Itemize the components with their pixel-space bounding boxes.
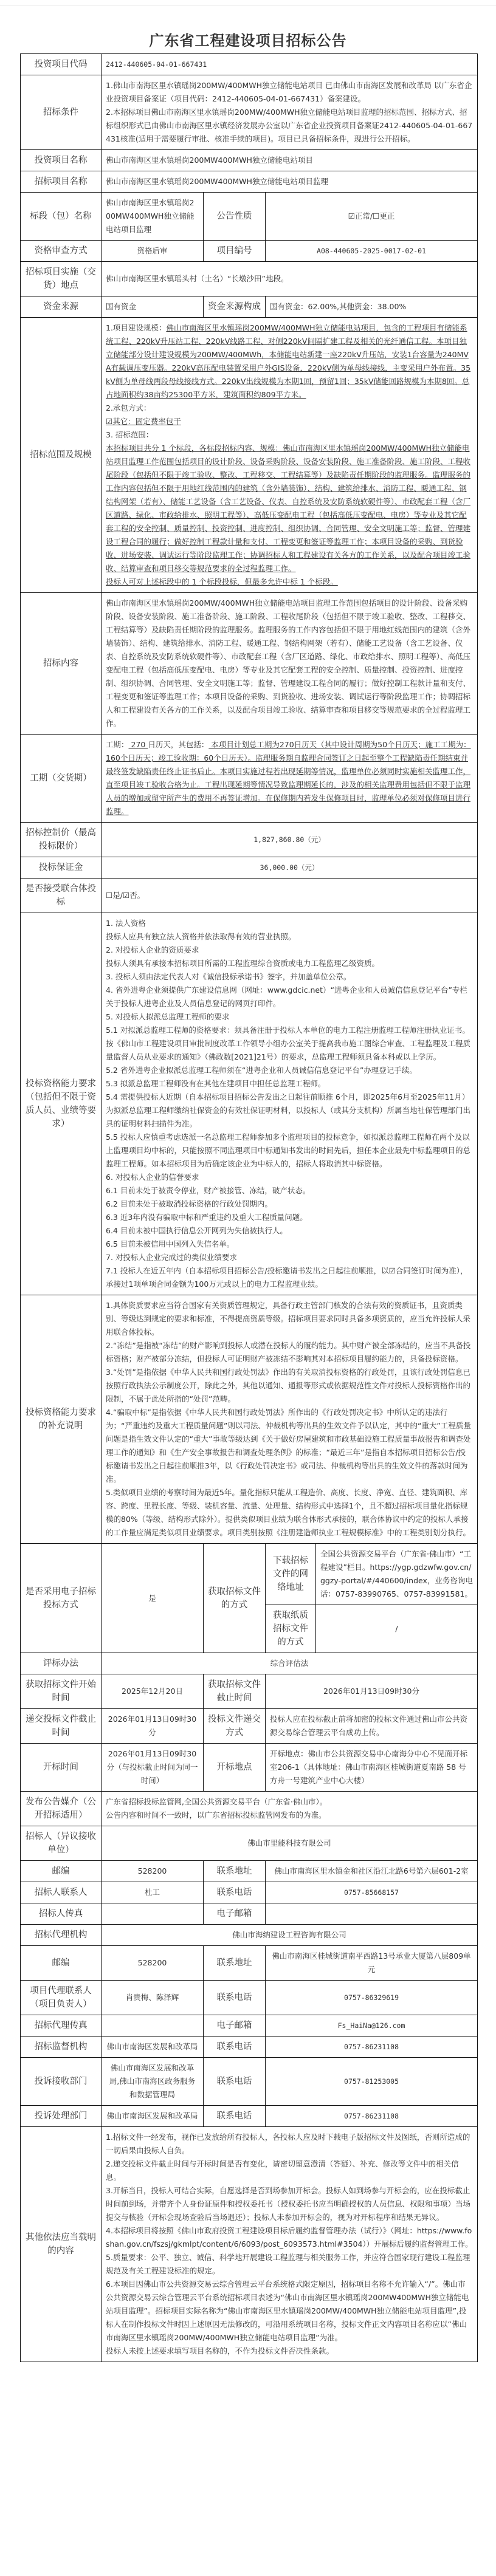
label-tenderer-phone: 联系电话 — [204, 1882, 266, 1903]
row-other: 其他依法应当载明的内容 1.招标文件一经发布，视作已发放给所有投标人，各投标人应… — [21, 2127, 478, 2362]
label-tenderer-address: 联系地址 — [204, 1861, 266, 1882]
range-label: 3. 招标范围： — [106, 428, 473, 442]
label-review: 资格审查方式 — [21, 241, 102, 262]
agency-address: 佛山市南海区桂城街道南平西路13号承业大厦第八层809单元 — [266, 1946, 478, 1981]
paper-method: / — [316, 1605, 478, 1653]
notice-nature: ☑正常/☐更正 — [266, 193, 478, 241]
label-agency-phone: 联系电话 — [204, 1981, 266, 2015]
media-line: 广东省招标投标监管网,全国公共资源交易平台（广东省·佛山市）。 — [106, 1795, 473, 1809]
label-submit-deadline: 递交投标文件截止时间 — [21, 1709, 102, 1744]
label-investment-code: 投资项目代码 — [21, 54, 102, 75]
row-complaint-handle: 投诉处理部门 佛山市南海区发展和改革局 联系电话 0757-86231108 — [21, 2106, 478, 2127]
label-section: 标段（包）名称 — [21, 193, 102, 241]
supplement-line: 2.“冻结”是指被“冻结”的财产影响到投标人或潜在投标人的履约能力。其中财产被全… — [106, 1339, 473, 1366]
row-obtain-time: 获取招标文件开始时间 2025年12月20日 获取招标文件截止时间 2026年0… — [21, 1674, 478, 1709]
label-tender-name: 招标项目名称 — [21, 171, 102, 193]
label-opening-place: 开标地点 — [204, 1744, 266, 1792]
row-invest-name: 投资项目名称 佛山市南海区里水镇瑶岗200MW400MWH独立储能电站项目 — [21, 150, 478, 171]
qual-line: 6. 对投标人企业的信誉要求 — [106, 1171, 473, 1184]
project-no: A08-440605-2025-0017-02-01 — [266, 241, 478, 262]
row-tenderer: 招标人（异议接收单位） 佛山市里能科技有限公司 — [21, 1826, 478, 1861]
row-funding: 资金来源 国有资金 资金来源构成 国有资金：62.00%,其他资金：38.00% — [21, 296, 478, 318]
qual-line: 投标人须具有承接本招标项目所需的工程监理综合资质或电力工程监理乙级资质。 — [106, 957, 473, 970]
row-media: 发布公告媒介（公开招标适用） 广东省招标投标监管网,全国公共资源交易平台（广东省… — [21, 1792, 478, 1826]
row-review: 资格审查方式 资格后审 项目编号 A08-440605-2025-0017-02… — [21, 241, 478, 262]
ceiling-price: 1,827,860.80（元） — [102, 823, 478, 857]
review-method: 资格后审 — [102, 241, 204, 262]
section-name: 佛山市南海区里水镇瑶岗200MW400MWH独立储能电站项目监理 — [102, 193, 204, 241]
row-tenderer-contact: 招标人联系人 杜工 联系电话 0757-85668157 — [21, 1882, 478, 1903]
investment-code: 2412-440605-04-01-667431 — [102, 54, 478, 75]
tenderer-address: 佛山市南海区里水镇金和社区沿江北路6号第六层601-2室 — [266, 1861, 478, 1882]
row-content: 招标内容 佛山市南海区里水镇瑶岗200MW/400MWH独立储能电站项目监理工作… — [21, 593, 478, 735]
supplement-line: 4.“骗取中标”是指依据《中华人民共和国行政处罚法》所作出的《行政处罚决定书》中… — [106, 1406, 473, 1486]
invest-name: 佛山市南海区里水镇瑶岗200MW400MWH独立储能电站项目 — [102, 150, 478, 171]
period-mid: 日历天，其包括： — [148, 740, 208, 749]
label-obtain-start: 获取招标文件开始时间 — [21, 1674, 102, 1709]
supplement-line: 5.类似项目业绩的考察时间为最近5年。量化指标只能从工程造价、高度、长度、净宽、… — [106, 1486, 473, 1540]
label-complaint-handle-phone: 联系电话 — [204, 2106, 266, 2127]
label-agency-fax: 招标代理传真 — [21, 2015, 102, 2036]
period-prefix: 工期： — [106, 740, 129, 749]
qual-line: 6.2 目前未处于被取消投标资格的行政处罚期内。 — [106, 1197, 473, 1211]
location: 佛山市南海区里水镇瑶头村（土名）“长墩沙田”地段。 — [102, 262, 478, 296]
contract-value: ☑其它：固定费率包干 — [106, 415, 473, 428]
tenderer-fax — [102, 1903, 204, 1925]
qual-line: 6.5 目前未被信用中国列入失信名单。 — [106, 1238, 473, 1251]
row-period: 工期（交货期） 工期： 270 日历天，其包括： 本项目计划总工期为270日历天… — [21, 735, 478, 823]
label-tenderer-fax: 招标人传真 — [21, 1903, 102, 1925]
label-qualification: 投标资格能力要求（包括但不限于资质人员、业绩等要求） — [21, 913, 102, 1295]
qual-line: 5.2 省外进粤企业拟派总监理工程师须在“进粤企业和人员诚信信息登记平台”办理登… — [106, 1064, 473, 1077]
agency-contact: 肖贵梅、陈泽辉 — [102, 1981, 204, 2015]
complaint-receive-phone: 0757-81253005 — [266, 2058, 478, 2106]
label-complaint-receive-phone: 联系电话 — [204, 2058, 266, 2106]
row-conditions: 招标条件 1.佛山市南海区里水镇瑶岗200MW/400MWH独立储能电站项目 已… — [21, 75, 478, 150]
period-detail: 本项目计划总工期为270日历天（其中设计周期为50个日历天；施工工期为：160个… — [106, 740, 471, 816]
row-evaluation: 评标办法 综合评估法 — [21, 1653, 478, 1674]
label-complaint-receive: 投诉接收部门 — [21, 2058, 102, 2106]
row-opening: 开标时间 2026年01月13日09时30分（与投标截止时间为同一时间） 开标地… — [21, 1744, 478, 1792]
other-line: 1.招标文件一经发布，视作已发放给所有投标人，各投标人应及时下载电子版招标文件及… — [106, 2131, 473, 2157]
period-text: 工期： 270 日历天，其包括： 本项目计划总工期为270日历天（其中设计周期为… — [102, 735, 478, 823]
row-supplement: 投标资格能力要求的补充说明 1.具体资质要求应当符合国家有关资质管理规定，具备行… — [21, 1295, 478, 1544]
row-section: 标段（包）名称 佛山市南海区里水镇瑶岗200MW400MWH独立储能电站项目监理… — [21, 193, 478, 241]
label-agency-contact: 项目代理联系人（项目负责人） — [21, 1981, 102, 2015]
qual-line: 1. 法人资格 — [106, 917, 473, 930]
qual-line: 5. 对投标人拟派总监理工程师的要求 — [106, 1010, 473, 1024]
label-notice-nature: 公告性质 — [204, 193, 266, 241]
funding-source: 国有资金 — [102, 296, 204, 318]
label-complaint-handle: 投诉处理部门 — [21, 2106, 102, 2127]
notice-table: 投资项目代码 2412-440605-04-01-667431 招标条件 1.佛… — [20, 53, 478, 2362]
label-scope: 招标范围及规模 — [21, 318, 102, 593]
qual-line: 7.1 投标人在近五年内（自本招标项目招标公告/投标邀请书发出之日起往前顺推，以… — [106, 1264, 473, 1291]
label-agency-address: 联系地址 — [204, 1946, 266, 1981]
agency-email[interactable]: Fs_HaiNa@126.com — [266, 2015, 478, 2036]
other-text: 1.招标文件一经发布，视作已发放给所有投标人，各投标人应及时下载电子版招标文件及… — [102, 2127, 478, 2362]
obtain-end: 2026年01月13日09时30分 — [266, 1674, 478, 1709]
qualification-text: 1. 法人资格 投标人应具有独立法人资格并依法取得有效的营业执照。 2. 对投标… — [102, 913, 478, 1295]
label-supervision-phone: 联系电话 — [204, 2036, 266, 2058]
tenderer-phone: 0757-85668157 — [266, 1882, 478, 1903]
label-location: 招标项目实施（交货）地点 — [21, 262, 102, 296]
obtain-start: 2025年12月20日 — [102, 1674, 204, 1709]
qual-line: 投标人应具有独立法人资格并依法取得有效的营业执照。 — [106, 930, 473, 944]
label-opening-time: 开标时间 — [21, 1744, 102, 1792]
contract-label: 2.承包方式： — [106, 402, 473, 415]
row-supervision: 招标监督机构 佛山市南海区发展和改革局 联系电话 0757-86231108 — [21, 2036, 478, 2058]
row-agency: 招标代理机构 佛山市海纳建设工程咨询有限公司 — [21, 1925, 478, 1946]
tender-name: 佛山市南海区里水镇瑶岗200MW400MWH独立储能电站项目监理 — [102, 171, 478, 193]
row-location: 招标项目实施（交货）地点 佛山市南海区里水镇瑶头村（土名）“长墩沙田”地段。 — [21, 262, 478, 296]
limit-text: 投标人可对上述标段中的 1 个标段投标，但最多允许中标 1 个标段。 — [106, 575, 473, 589]
label-paper-method: 获取纸质招标文件的方式 — [266, 1605, 316, 1653]
row-agency-post: 邮编 528200 联系地址 佛山市南海区桂城街道南平西路13号承业大厦第八层8… — [21, 1946, 478, 1981]
row-deposit: 投标保证金 36,000.00（元） — [21, 857, 478, 879]
submit-deadline: 2026年01月13日09时30分 — [102, 1709, 204, 1744]
row-complaint-receive: 投诉接收部门 佛山市南海区发展和改革局,佛山市南海区政务服务和数据管理局 联系电… — [21, 2058, 478, 2106]
row-scope: 招标范围及规模 1.项目建设规模：佛山市南海区里水镇瑶岗200MW/400MWH… — [21, 318, 478, 593]
label-supplement: 投标资格能力要求的补充说明 — [21, 1295, 102, 1544]
other-line: 4.本招标项目将按照《佛山市政府投资工程建设项目标后履约监督管理办法（试行）》（… — [106, 2224, 473, 2251]
label-download-url: 下载招标文件的网络地址 — [266, 1544, 316, 1605]
deposit: 36,000.00（元） — [102, 857, 478, 879]
bottom-spacer — [0, 2362, 496, 2383]
label-conditions: 招标条件 — [21, 75, 102, 150]
consortium: ☐是/☑否。 — [102, 879, 478, 913]
label-evaluation: 评标办法 — [21, 1653, 102, 1674]
label-deposit: 投标保证金 — [21, 857, 102, 879]
condition-line: 1.佛山市南海区里水镇瑶岗200MW/400MWH独立储能电站项目 已由佛山市南… — [106, 79, 473, 106]
label-invest-name: 投资项目名称 — [21, 150, 102, 171]
label-agency-email: 电子邮箱 — [204, 2015, 266, 2036]
other-line: 5.质量要求：公平、独立、诚信、科学地开展建设工程监理与相关服务工作，并应符合国… — [106, 2251, 473, 2278]
label-obtain-method: 获取招标文件的方式 — [204, 1544, 266, 1653]
row-submit: 递交投标文件截止时间 2026年01月13日09时30分 投标文件递交方式 投标… — [21, 1709, 478, 1744]
media-text: 广东省招标投标监管网,全国公共资源交易平台（广东省·佛山市）。 公告内容和时间不… — [102, 1792, 478, 1826]
label-media: 发布公告媒介（公开招标适用） — [21, 1792, 102, 1826]
complaint-handle: 佛山市南海区发展和改革局 — [102, 2106, 204, 2127]
tenderer: 佛山市里能科技有限公司 — [102, 1826, 478, 1861]
qual-line: 4. 省外进粤企业须提供广东建设信息网（网址：www.gdcic.net）“进粤… — [106, 984, 473, 1010]
other-line: 2.递交投标文件截止时间与开标时间是否有变化，请密切留意澄清（答疑）、补充、修改… — [106, 2157, 473, 2184]
qual-line: 5.5 投标人应慎重考虑选派一名总监理工程师参加多个监理项目的投标竞争，如拟派总… — [106, 1131, 473, 1171]
conditions-text: 1.佛山市南海区里水镇瑶岗200MW/400MWH独立储能电站项目 已由佛山市南… — [102, 75, 478, 150]
content-text: 佛山市南海区里水镇瑶岗200MW/400MWH独立储能电站项目监理工作范围包括项… — [102, 593, 478, 735]
qual-line: 2. 对投标人企业的资质要求 — [106, 944, 473, 957]
agency-fax — [102, 2015, 204, 2036]
other-line: 6.本项目因佛山市公共资源交易云综合管理云平台系统格式限定原因，招标项目名称不允… — [106, 2278, 473, 2345]
qual-line: 5.3 拟派总监理工程师没有在其他在建项目中担任总监理工程师。 — [106, 1077, 473, 1091]
row-agency-contact: 项目代理联系人（项目负责人） 肖贵梅、陈泽辉 联系电话 0757-8632961… — [21, 1981, 478, 2015]
qual-line: 6.3 近3年内没有骗取中标和严重违约及重大工程质量问题。 — [106, 1211, 473, 1224]
label-tenderer-postcode: 邮编 — [21, 1861, 102, 1882]
row-ceiling: 招标控制价（最高投标限价） 1,827,860.80（元） — [21, 823, 478, 857]
label-agency: 招标代理机构 — [21, 1925, 102, 1946]
submit-method: 投标人应在投标截止前将加密的投标文件通过佛山市公共资源交易综合管理云平台成功上传… — [266, 1709, 478, 1744]
supervision-phone: 0757-86231108 — [266, 2036, 478, 2058]
tenderer-contact: 杜工 — [102, 1882, 204, 1903]
complaint-receive: 佛山市南海区发展和改革局,佛山市南海区政务服务和数据管理局 — [102, 2058, 204, 2106]
supplement-text: 1.具体资质要求应当符合国家有关资质管理规定，具备行政主管部门核发的合法有效的资… — [102, 1295, 478, 1544]
other-line: 3.开标当日，投标人可结合实际，自愿选择是否到场参加开标会。投标人如到场参与开标… — [106, 2184, 473, 2224]
row-tenderer-post: 邮编 528200 联系地址 佛山市南海区里水镇金和社区沿江北路6号第六层601… — [21, 1861, 478, 1882]
label-ceiling: 招标控制价（最高投标限价） — [21, 823, 102, 857]
label-tenderer: 招标人（异议接收单位） — [21, 1826, 102, 1861]
period-days: 270 — [129, 740, 148, 749]
row-electronic: 是否采用电子招标投标方式 是 获取招标文件的方式 下载招标文件的网络地址 全国公… — [21, 1544, 478, 1605]
row-investment-code: 投资项目代码 2412-440605-04-01-667431 — [21, 54, 478, 75]
scale-label: 1.项目建设规模： — [106, 323, 166, 332]
opening-time: 2026年01月13日09时30分（与投标截止时间为同一时间） — [102, 1744, 204, 1792]
qual-line: 7. 对投标人企业完成过的类似业绩要求 — [106, 1251, 473, 1264]
opening-place: 开标地点：佛山市公共资源交易中心南海分中心不见面开标室206-1（具体地址：佛山… — [266, 1744, 478, 1792]
qual-line: 3. 投标人须由法定代表人对《诚信投标承诺书》签字，并加盖单位公章。 — [106, 970, 473, 984]
media-line: 公告内容和时间不一致时，以广东省招标投标监管网发布的为准。 — [106, 1809, 473, 1822]
label-submit-method: 投标文件递交方式 — [204, 1709, 266, 1744]
row-tenderer-fax: 招标人传真 电子邮箱 — [21, 1903, 478, 1925]
download-url[interactable]: 全国公共资源交易平台（广东省·佛山市）“工程建设”栏目。https://ygp.… — [316, 1544, 478, 1605]
scope-text: 1.项目建设规模：佛山市南海区里水镇瑶岗200MW/400MWH独立储能电站项目… — [102, 318, 478, 593]
qual-line: 5.4 需提供投标人近期（自本招标项目招标公告发出之日起往前顺推 6个月，即20… — [106, 1091, 473, 1131]
scale-text: 佛山市南海区里水镇瑶岗200MW/400MWH独立储能电站项目，包含的工程项目有… — [106, 323, 470, 399]
label-supervision: 招标监督机构 — [21, 2036, 102, 2058]
row-consortium: 是否接受联合体投标 ☐是/☑否。 — [21, 879, 478, 913]
evaluation-method: 综合评估法 — [102, 1653, 478, 1674]
agency: 佛山市海纳建设工程咨询有限公司 — [102, 1925, 478, 1946]
range-text: 本招标项目共分 1 个标段，各标段招标内容、规模：佛山市南海区里水镇瑶岗200M… — [106, 442, 473, 575]
page-title: 广东省工程建设项目招标公告 — [0, 29, 496, 50]
label-tenderer-email: 电子邮箱 — [204, 1903, 266, 1925]
qual-line: 6.1 目前未处于被责令停业，财产被接管、冻结，破产状态。 — [106, 1184, 473, 1197]
supplement-line: 1.具体资质要求应当符合国家有关资质管理规定，具备行政主管部门核发的合法有效的资… — [106, 1299, 473, 1339]
label-obtain-end: 获取招标文件截止时间 — [204, 1674, 266, 1709]
tenderer-postcode: 528200 — [102, 1861, 204, 1882]
label-funding-structure: 资金来源构成 — [204, 296, 266, 318]
funding-structure: 国有资金：62.00%,其他资金：38.00% — [266, 296, 478, 318]
qual-line: 5.1 对拟派总监理工程师的资格要求：须具备注册于投标人本单位的电力工程注册监理… — [106, 1024, 473, 1064]
label-project-no: 项目编号 — [204, 241, 266, 262]
label-funding: 资金来源 — [21, 296, 102, 318]
label-agency-postcode: 邮编 — [21, 1946, 102, 1981]
label-tenderer-contact: 招标人联系人 — [21, 1882, 102, 1903]
electronic-value: 是 — [102, 1544, 204, 1653]
tenderer-email — [266, 1903, 478, 1925]
label-period: 工期（交货期） — [21, 735, 102, 823]
label-electronic: 是否采用电子招标投标方式 — [21, 1544, 102, 1653]
label-content: 招标内容 — [21, 593, 102, 735]
label-other: 其他依法应当载明的内容 — [21, 2127, 102, 2362]
supervision: 佛山市南海区发展和改革局 — [102, 2036, 204, 2058]
other-line: 投标人未按上述要求填写项目名称的，不作为投标文件否决性条款。 — [106, 2345, 473, 2358]
complaint-handle-phone: 0757-86231108 — [266, 2106, 478, 2127]
row-agency-fax: 招标代理传真 电子邮箱 Fs_HaiNa@126.com — [21, 2015, 478, 2036]
agency-phone: 0757-86329619 — [266, 1981, 478, 2015]
label-consortium: 是否接受联合体投标 — [21, 879, 102, 913]
agency-postcode: 528200 — [102, 1946, 204, 1981]
top-border — [0, 0, 496, 5]
row-qualification: 投标资格能力要求（包括但不限于资质人员、业绩等要求） 1. 法人资格 投标人应具… — [21, 913, 478, 1295]
condition-line: 2.本招标项目佛山市南海区里水镇瑶岗200MW/400MWH独立储能电站项目监理… — [106, 106, 473, 146]
row-tender-name: 招标项目名称 佛山市南海区里水镇瑶岗200MW400MWH独立储能电站项目监理 — [21, 171, 478, 193]
supplement-line: 3.“处罚”是指依据《中华人民共和国行政处罚法》作出的有关取消投标资格的行政处罚… — [106, 1366, 473, 1406]
qual-line: 6.4 目前未被中国执行信息公开网列为失信被执行人。 — [106, 1224, 473, 1238]
